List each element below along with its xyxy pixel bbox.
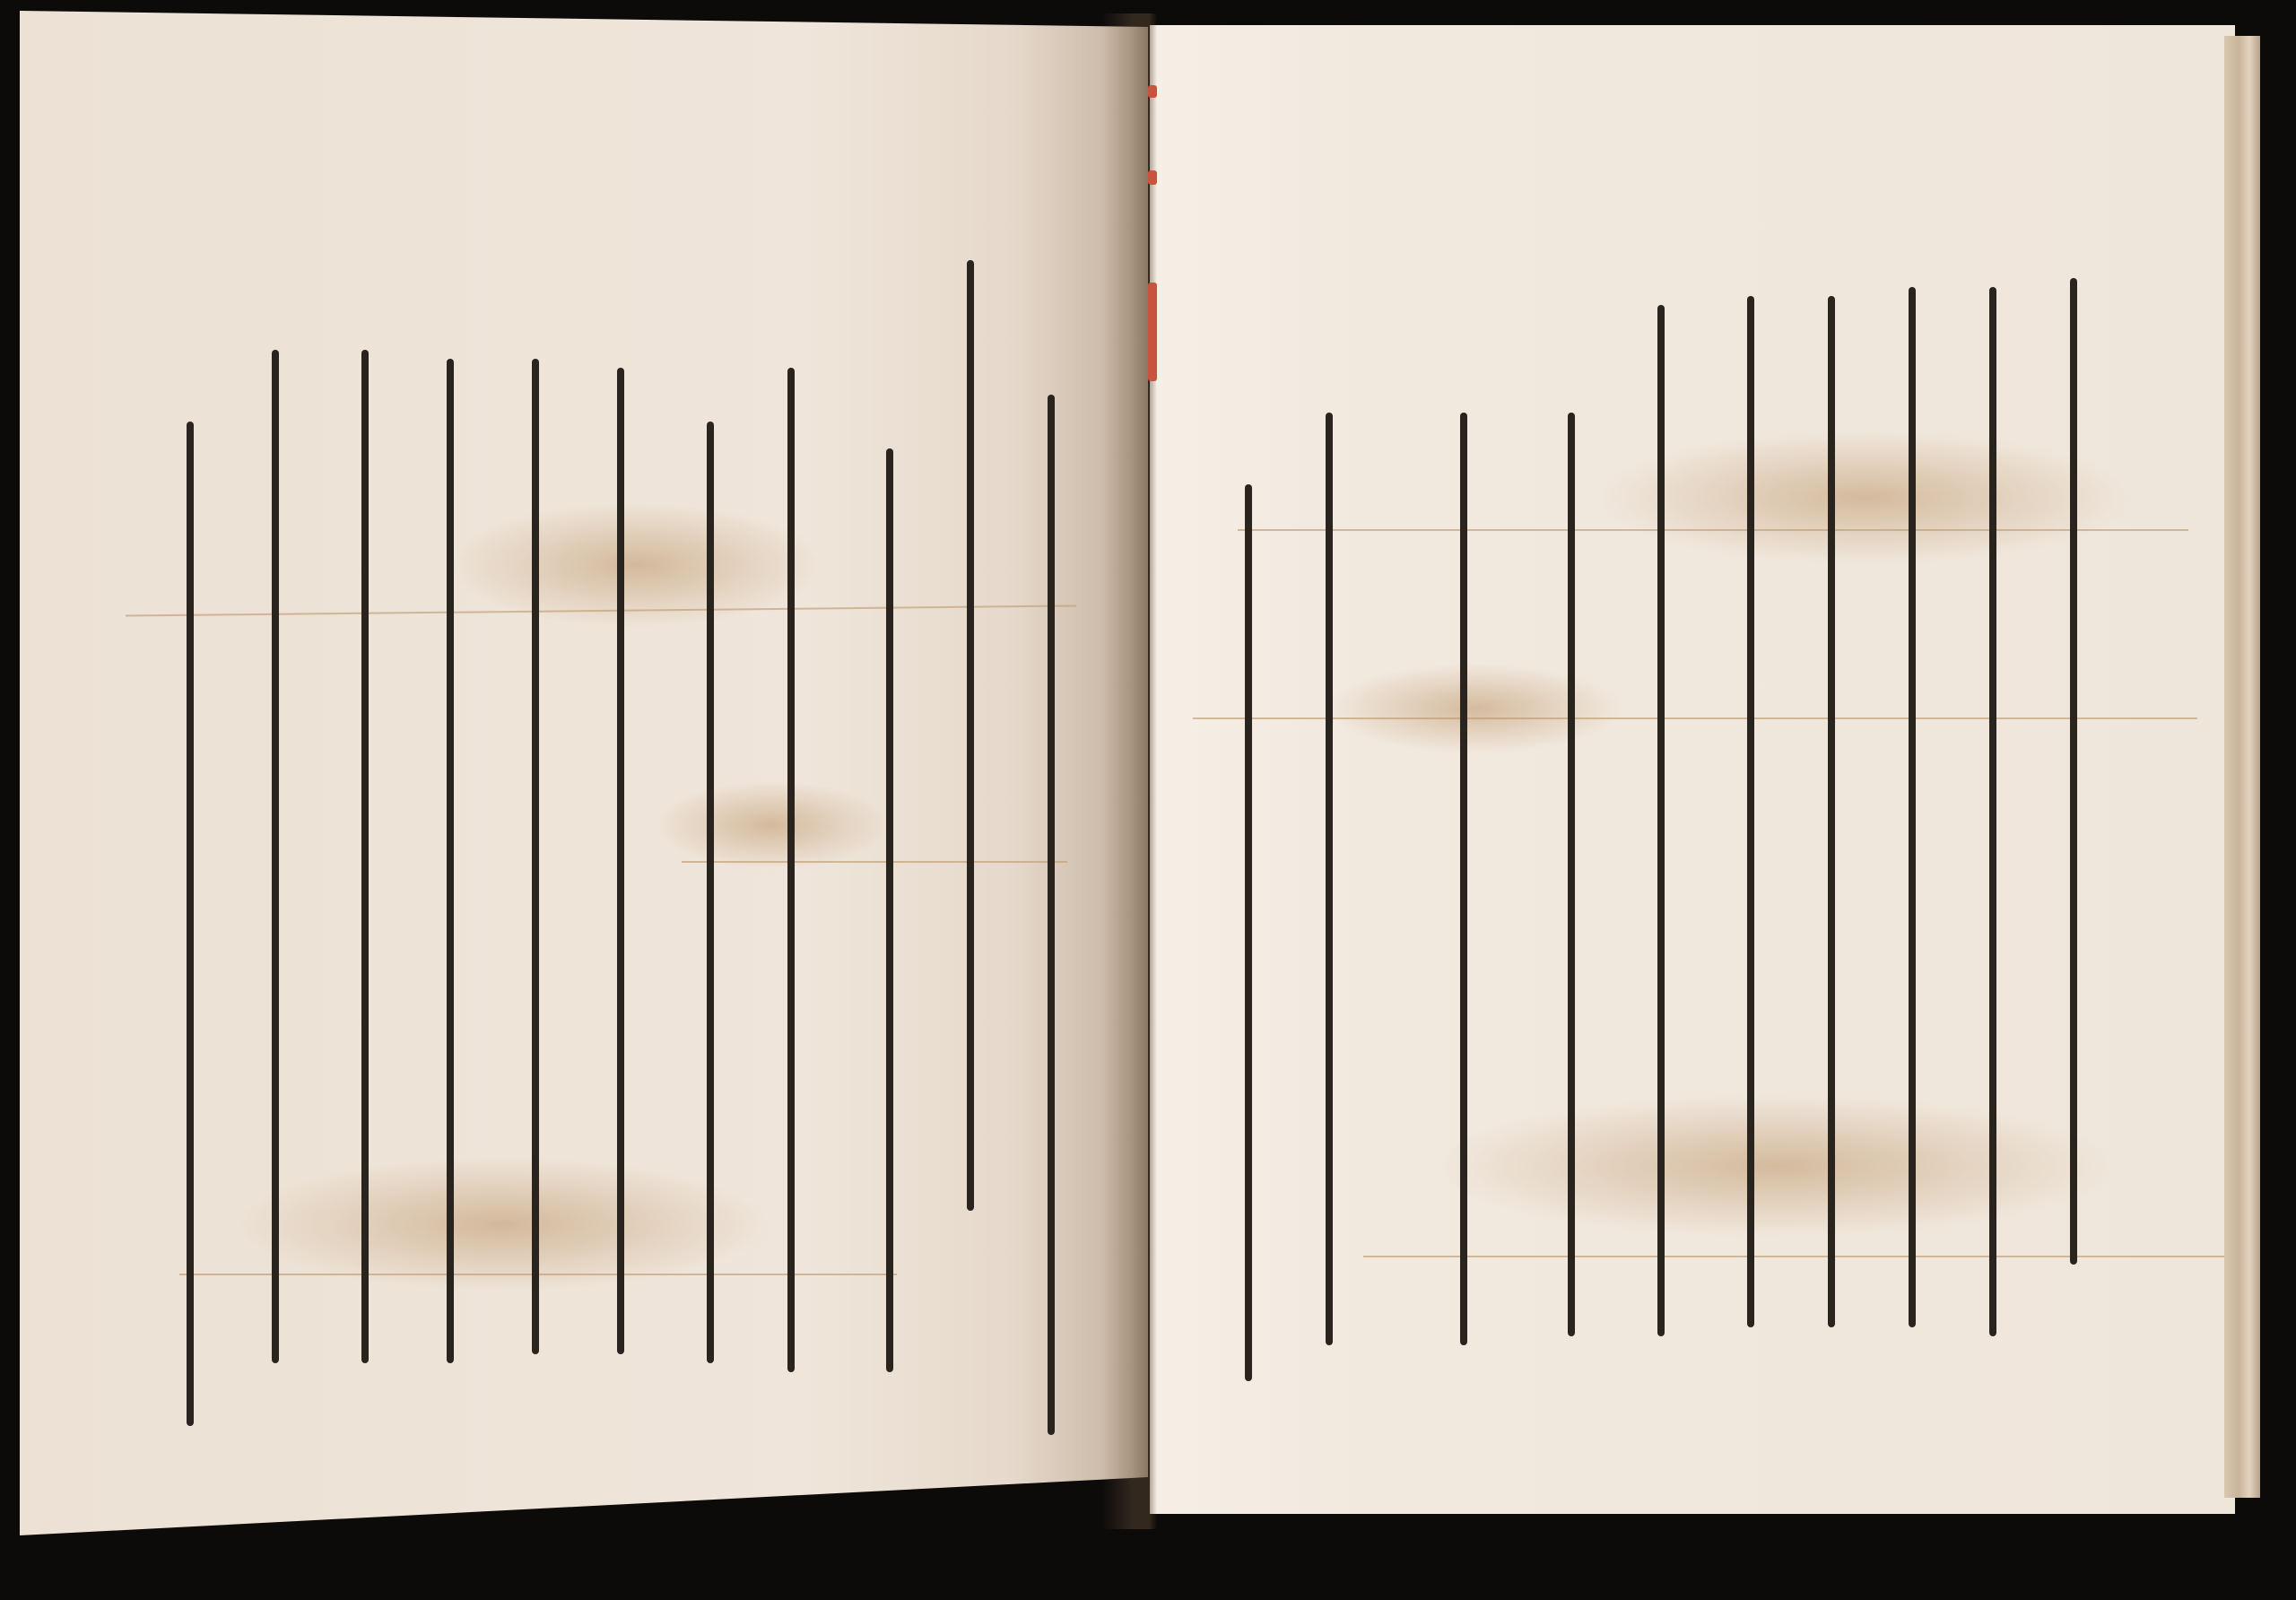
binding-thread-stitch <box>1148 170 1157 185</box>
text-column <box>861 448 933 1372</box>
text-column <box>1435 413 1507 1345</box>
text-column <box>1022 395 1094 1435</box>
text-column <box>1220 484 1291 1381</box>
text-column <box>1543 413 1614 1336</box>
text-column <box>507 359 578 1354</box>
text-column <box>1300 413 1372 1345</box>
text-column <box>2045 278 2117 1265</box>
manuscript-photo: Photograph of an open Japanese manuscrip… <box>0 0 2296 1600</box>
spine-gutter <box>1103 13 1157 1529</box>
text-column <box>1883 287 1955 1327</box>
text-column <box>422 359 493 1363</box>
text-column <box>942 260 1013 1211</box>
text-column <box>1803 296 1874 1327</box>
text-column <box>1722 296 1794 1327</box>
text-column <box>161 422 233 1426</box>
text-column <box>1964 287 2036 1336</box>
text-column <box>336 350 408 1363</box>
text-column <box>247 350 318 1363</box>
text-column <box>682 422 753 1363</box>
text-column <box>592 368 664 1354</box>
binding-thread-stitch <box>1148 283 1157 381</box>
text-column <box>1632 305 1704 1336</box>
binding-thread-stitch <box>1148 85 1157 98</box>
fore-edge-page-stack <box>2224 36 2260 1498</box>
text-column <box>762 368 834 1372</box>
